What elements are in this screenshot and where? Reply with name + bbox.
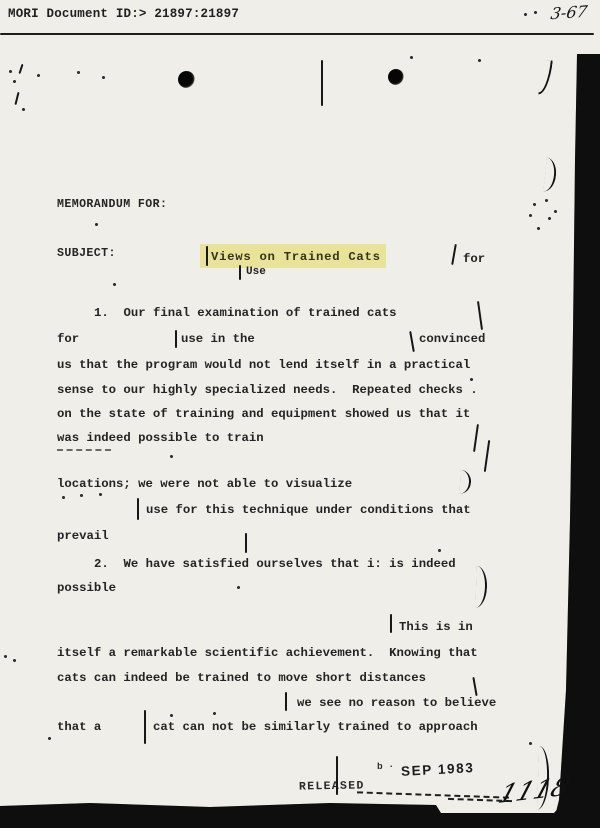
strike-smudge — [57, 449, 111, 451]
ink-dot — [529, 742, 532, 745]
ink-dot — [478, 59, 481, 62]
ink-dot — [95, 223, 98, 226]
scan-edge-bands — [0, 0, 600, 828]
ink-dot — [545, 199, 548, 202]
ink-dot — [534, 11, 537, 14]
ink-dot — [533, 203, 536, 206]
ink-dot — [13, 659, 16, 662]
ink-dot — [554, 210, 557, 213]
ink-dot — [237, 586, 240, 589]
scanned-memo-page: MORI Document ID:> 21897:21897 3-67 MEMO… — [0, 0, 600, 828]
ink-dot — [99, 493, 102, 496]
ink-dot — [548, 217, 551, 220]
ink-dot — [410, 56, 413, 59]
ink-dot — [170, 714, 173, 717]
ink-dot — [438, 549, 441, 552]
ink-dot — [9, 70, 12, 73]
ink-dot — [48, 737, 51, 740]
ink-dot — [37, 74, 40, 77]
ink-dot — [80, 494, 83, 497]
ink-dot — [22, 108, 25, 111]
ink-dot — [4, 655, 7, 658]
ink-stamp-blob — [178, 71, 195, 88]
ink-dot — [529, 214, 532, 217]
ink-dot — [537, 227, 540, 230]
ink-dot — [170, 455, 173, 458]
ink-dot — [77, 71, 80, 74]
ink-dot — [524, 13, 527, 16]
ink-dot — [102, 76, 105, 79]
ink-dot — [13, 80, 16, 83]
ink-dot — [470, 378, 473, 381]
ink-dot — [213, 712, 216, 715]
ink-stamp-blob — [388, 69, 404, 85]
ink-dot — [113, 283, 116, 286]
ink-dot — [62, 496, 65, 499]
